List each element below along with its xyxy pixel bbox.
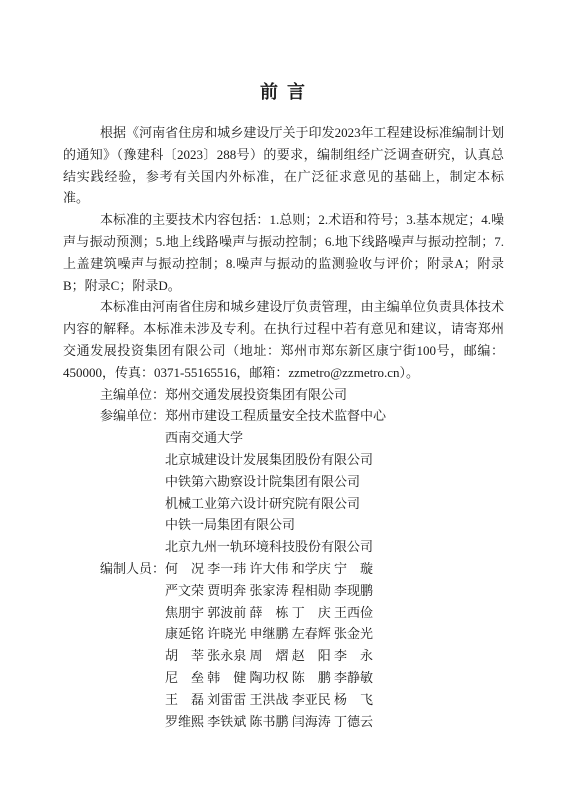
staff-name-row: 罗维熙 李铁斌 陈书鹏 闫海涛 丁德云 xyxy=(165,711,504,733)
participating-unit-item: 北京九州一轨环境科技股份有限公司 xyxy=(165,536,504,558)
paragraph: 根据《河南省住房和城乡建设厅关于印发2023年工程建设标准编制计划的通知》（豫建… xyxy=(63,122,504,209)
chief-editor-unit-block: 主编单位： 郑州交通发展投资集团有限公司 xyxy=(100,384,504,406)
staff-label: 编制人员： xyxy=(100,558,165,580)
participating-unit-item: 中铁第六勘察设计院集团有限公司 xyxy=(165,471,504,493)
document-page: 前 言 根据《河南省住房和城乡建设厅关于印发2023年工程建设标准编制计划的通知… xyxy=(0,0,565,799)
participating-units-items: 郑州市建设工程质量安全技术监督中心西南交通大学北京城建设计发展集团股份有限公司中… xyxy=(165,405,504,558)
participating-unit-item: 机械工业第六设计研究院有限公司 xyxy=(165,493,504,515)
staff-rows: 何 况 李一玮 许大伟 和学庆 宁 璇严文荣 贾明奔 张家涛 程相勋 李现鹏焦朋… xyxy=(165,558,504,732)
paragraph: 本标准的主要技术内容包括：1.总则；2.术语和符号；3.基本规定；4.噪声与振动… xyxy=(63,209,504,296)
chief-editor-unit-items: 郑州交通发展投资集团有限公司 xyxy=(165,384,504,406)
paragraph: 本标准由河南省住房和城乡建设厅负责管理，由主编单位负责具体技术内容的解释。本标准… xyxy=(63,296,504,383)
participating-units-label: 参编单位： xyxy=(100,405,165,427)
staff-name-row: 焦朋宇 郭波前 薛 栋 丁 庆 王西俭 xyxy=(165,602,504,624)
participating-units-block: 参编单位： 郑州市建设工程质量安全技术监督中心西南交通大学北京城建设计发展集团股… xyxy=(100,405,504,558)
staff-name-row: 康延铭 许晓光 申继鹏 左春辉 张金光 xyxy=(165,623,504,645)
participating-unit-item: 中铁一局集团有限公司 xyxy=(165,514,504,536)
chief-editor-unit-item: 郑州交通发展投资集团有限公司 xyxy=(165,384,504,406)
participating-unit-item: 郑州市建设工程质量安全技术监督中心 xyxy=(165,405,504,427)
staff-name-row: 尼 垒 韩 健 陶功权 陈 鹏 李静敏 xyxy=(165,667,504,689)
chief-editor-unit-label: 主编单位： xyxy=(100,384,165,406)
page-title: 前 言 xyxy=(63,82,504,102)
participating-unit-item: 西南交通大学 xyxy=(165,427,504,449)
staff-block: 编制人员： 何 况 李一玮 许大伟 和学庆 宁 璇严文荣 贾明奔 张家涛 程相勋… xyxy=(100,558,504,732)
staff-name-row: 严文荣 贾明奔 张家涛 程相勋 李现鹏 xyxy=(165,580,504,602)
preface-paragraphs: 根据《河南省住房和城乡建设厅关于印发2023年工程建设标准编制计划的通知》（豫建… xyxy=(63,122,504,384)
staff-name-row: 王 磊 刘雷雷 王洪战 李亚民 杨 飞 xyxy=(165,689,504,711)
participating-unit-item: 北京城建设计发展集团股份有限公司 xyxy=(165,449,504,471)
staff-name-row: 何 况 李一玮 许大伟 和学庆 宁 璇 xyxy=(165,558,504,580)
staff-name-row: 胡 莘 张永泉 周 熠 赵 阳 李 永 xyxy=(165,645,504,667)
